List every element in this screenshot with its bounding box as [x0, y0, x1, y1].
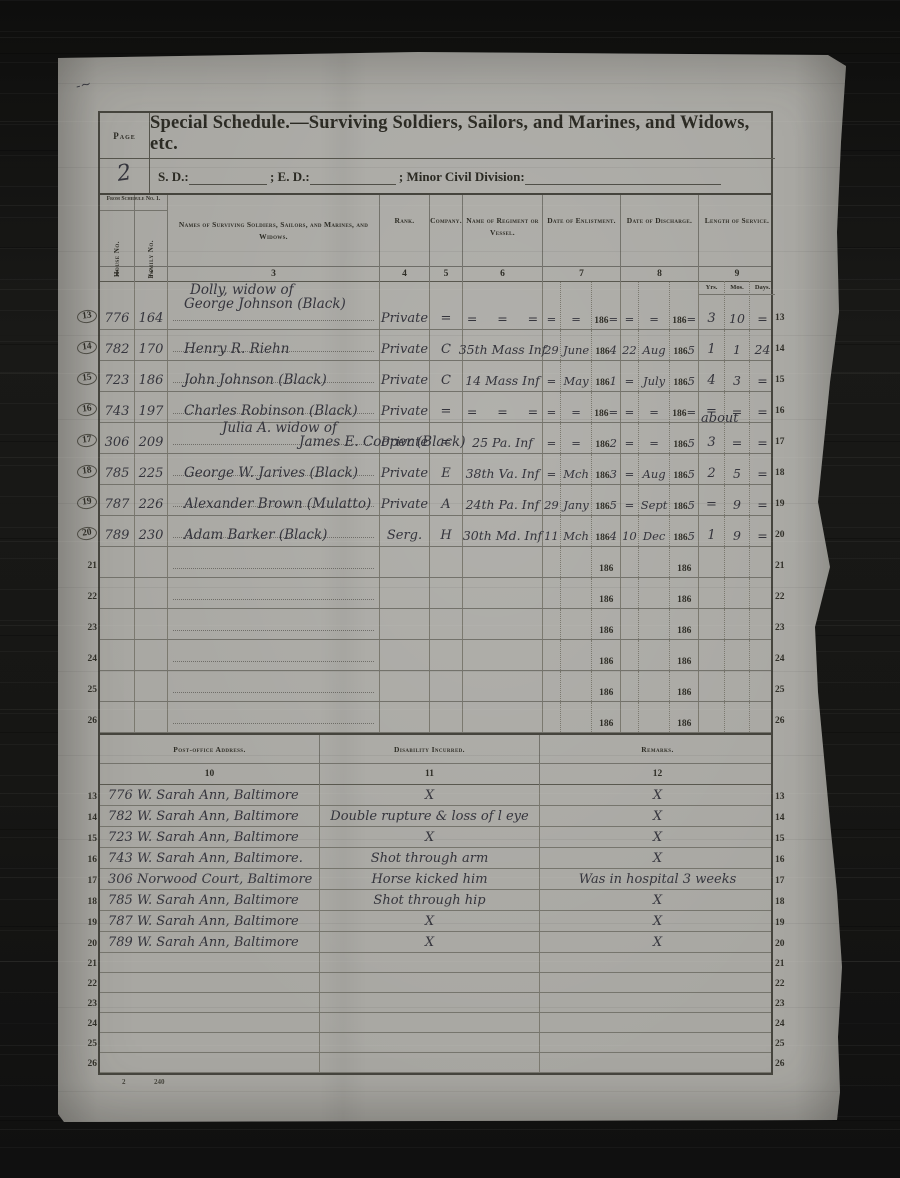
enlist-year: 1865 [592, 485, 620, 515]
enlist-year-digit: = [608, 312, 618, 326]
row-number-right: 17 [775, 876, 795, 886]
discharge-cell: = July 1865 [621, 361, 699, 391]
address-row: 13 13 776 W. Sarah Ann, Baltimore X X [100, 785, 771, 806]
postoffice-address-cell: 723 W. Sarah Ann, Baltimore [100, 827, 320, 847]
title-rule [345, 158, 580, 159]
company: H [440, 528, 451, 543]
family-no: 164 [139, 311, 164, 326]
remarks: X [653, 935, 662, 950]
enlistment-cell: = May 1861 [543, 361, 621, 391]
service-years-cell [699, 609, 725, 639]
discharge-year: 1865 [670, 330, 698, 360]
family-no: 225 [139, 466, 164, 481]
family-no-cell [135, 640, 168, 670]
disability: Shot through hip [373, 893, 485, 908]
year-prefill: 186 [677, 688, 691, 698]
discharge-cell: 186 [621, 578, 699, 608]
enlist-day: = [543, 282, 561, 329]
subheader-mos: Mos. [725, 281, 750, 295]
discharge-year: 1865 [670, 516, 698, 546]
name-cell [168, 578, 380, 608]
remarks: X [653, 830, 662, 845]
lower-empty-rows: 21 21 22 22 23 23 [100, 953, 771, 1073]
discharge-day: 10 [621, 516, 639, 546]
postoffice-address-cell [100, 1033, 320, 1052]
family-no: 197 [139, 404, 164, 419]
rank-cell [380, 640, 430, 670]
enlist-day: = [543, 423, 561, 453]
page-cell: Page 2 [100, 113, 150, 193]
remarks: Was in hospital 3 weeks [579, 872, 737, 887]
row-number-right: 13 [775, 313, 795, 323]
service-days [750, 578, 775, 608]
discharge-day: = [621, 282, 639, 329]
regiment: = = = [467, 404, 538, 419]
row-number-left: 25 [77, 685, 97, 695]
year-prefill: 186 [673, 347, 687, 357]
enlist-month: May [561, 361, 593, 391]
name-cell: George W. Jarives (Black) [168, 454, 380, 484]
empty-veteran-row: 22 22 186 186 [100, 578, 771, 609]
lower-table-rows: 13 13 776 W. Sarah Ann, Baltimore X X 14… [100, 785, 771, 953]
length-of-service-cell [699, 578, 775, 608]
remarks: X [653, 851, 662, 866]
discharge-year-digit: 5 [688, 436, 695, 450]
enlist-year: 186 [592, 609, 620, 639]
empty-veteran-row: 23 23 186 186 [100, 609, 771, 640]
discharge-year: 186 [670, 671, 698, 701]
rank: Private [381, 342, 428, 357]
discharge-year: 186 [670, 640, 698, 670]
company: A [441, 497, 450, 512]
regiment-cell: 25 Pa. Inf [463, 423, 543, 453]
col-number: 12 [540, 764, 775, 785]
sd-label: S. D.: [158, 169, 189, 184]
name-cell [168, 547, 380, 577]
service-days: = [750, 423, 775, 453]
company-cell: C [430, 361, 463, 391]
row-number-left: 21 [77, 561, 97, 571]
lower-table-header: Post-office Address. Disability Incurred… [100, 733, 771, 763]
disability-cell: X [320, 827, 540, 847]
mcd-label: ; Minor Civil Division: [399, 169, 525, 184]
disability-cell: Horse kicked him [320, 869, 540, 889]
company-cell [430, 578, 463, 608]
year-prefill: 186 [599, 719, 613, 729]
enlist-year: 186 [592, 671, 620, 701]
ed-label: ; E. D.: [270, 169, 310, 184]
discharge-year-digit: = [686, 312, 696, 326]
discharge-month: = [639, 392, 671, 422]
postoffice-address-cell: 787 W. Sarah Ann, Baltimore [100, 911, 320, 931]
row-number-left: 14 [77, 813, 97, 823]
service-years-cell: 2 [699, 454, 725, 484]
row-number-right: 25 [775, 1039, 795, 1049]
family-no: 226 [139, 497, 164, 512]
mcd-blank [525, 173, 721, 185]
regiment: 14 Mass Inf [465, 373, 540, 388]
length-of-service-cell: about3 = = [699, 423, 775, 453]
enlist-year-digit: 4 [610, 343, 617, 357]
disability-cell [320, 1033, 540, 1052]
year-prefill: 186 [599, 595, 613, 605]
remarks-cell: X [540, 932, 775, 952]
regiment-cell [463, 640, 543, 670]
row-number-right: 25 [775, 685, 795, 695]
house-no-cell: 787 [100, 485, 135, 515]
veteran-row: 18 18 785 225 George W. Jarives (Black) … [100, 454, 771, 485]
row-number-left: 17 [76, 433, 97, 448]
service-years: 3 [707, 311, 715, 326]
service-months [725, 578, 750, 608]
enlist-day [543, 702, 561, 732]
upper-table-rows: 13 13 776 164 Dolly, widow of George Joh… [100, 282, 771, 547]
company-cell [430, 671, 463, 701]
discharge-cell: = Aug 1865 [621, 454, 699, 484]
service-years-cell: = [699, 485, 725, 515]
service-years-cell: 1 [699, 330, 725, 360]
house-no-cell: 785 [100, 454, 135, 484]
discharge-month: Sept [639, 485, 671, 515]
enlist-year: 186 [592, 702, 620, 732]
family-no: 186 [139, 373, 164, 388]
row-number-right: 24 [775, 654, 795, 664]
year-prefill: 186 [599, 657, 613, 667]
address-row: 14 14 782 W. Sarah Ann, Baltimore Double… [100, 806, 771, 827]
postoffice-address-cell [100, 993, 320, 1012]
row-number-left: 25 [77, 1039, 97, 1049]
col-header-enlistment: Date of Enlistment. [543, 195, 621, 287]
regiment: 38th Va. Inf [466, 466, 540, 481]
enlist-year-digit: 5 [610, 498, 617, 512]
discharge-year: 186 [670, 578, 698, 608]
col-header-discharge: Date of Discharge. [621, 195, 699, 287]
discharge-cell: 186 [621, 609, 699, 639]
remarks-cell: X [540, 848, 775, 868]
row-number-right: 21 [775, 959, 795, 969]
row-number-left: 13 [76, 309, 97, 324]
discharge-day: = [621, 392, 639, 422]
service-months [725, 547, 750, 577]
enlist-year: 186 [592, 640, 620, 670]
lower-column-numbers: 10 11 12 [100, 763, 771, 785]
service-years-cell [699, 547, 725, 577]
enlistment-cell: = = 186= [543, 282, 621, 329]
enlist-year: 186 [592, 578, 620, 608]
service-years: 1 [707, 342, 715, 357]
house-no: 776 [105, 311, 130, 326]
house-no-cell: 306 [100, 423, 135, 453]
family-no-cell: 230 [135, 516, 168, 546]
service-years-cell: 1 [699, 516, 725, 546]
discharge-month: = [639, 282, 671, 329]
title-cell: Special Schedule.—Surviving Soldiers, Sa… [150, 113, 775, 159]
disability-cell: Double rupture & loss of l eye [320, 806, 540, 826]
service-months: 5 [725, 454, 750, 484]
rank-cell: Private [380, 485, 430, 515]
postoffice-address: 785 W. Sarah Ann, Baltimore [108, 893, 299, 908]
enlist-day [543, 640, 561, 670]
house-no-cell [100, 578, 135, 608]
length-of-service-cell [699, 671, 775, 701]
discharge-year: 186= [670, 282, 698, 329]
sd-blank [189, 173, 267, 185]
row-number-right: 22 [775, 979, 795, 989]
col-header-family-label: Family No. [146, 240, 157, 278]
remarks-cell [540, 1033, 775, 1052]
discharge-day: = [621, 423, 639, 453]
veteran-row: 20 20 789 230 Adam Barker (Black) Serg. … [100, 516, 771, 547]
rank: Serg. [387, 528, 422, 543]
regiment: 35th Mass Inf [459, 342, 547, 357]
discharge-year: 186 [670, 609, 698, 639]
discharge-year: 1865 [670, 423, 698, 453]
service-months: 9 [725, 485, 750, 515]
discharge-cell: 186 [621, 547, 699, 577]
disability: Horse kicked him [371, 872, 487, 887]
enlistment-cell: = = 1862 [543, 423, 621, 453]
enlist-day [543, 609, 561, 639]
length-of-service-cell: 1 9 = [699, 516, 775, 546]
row-number-right: 24 [775, 1019, 795, 1029]
rank: Private [381, 466, 428, 481]
house-no-cell [100, 609, 135, 639]
name-cell: Henry R. Riehn [168, 330, 380, 360]
family-no-cell [135, 609, 168, 639]
header-right: Special Schedule.—Surviving Soldiers, Sa… [150, 113, 775, 193]
service-days [750, 640, 775, 670]
house-no: 787 [105, 497, 130, 512]
address-row: 19 19 787 W. Sarah Ann, Baltimore X X [100, 911, 771, 932]
veteran-name: George W. Jarives (Black) [184, 465, 358, 481]
discharge-year: 186= [670, 392, 698, 422]
row-number-left: 19 [76, 495, 97, 510]
rank-cell: Private [380, 330, 430, 360]
service-years: 1 [707, 528, 715, 543]
enlist-day: 29 [543, 485, 561, 515]
remarks-cell [540, 993, 775, 1012]
name-cell [168, 640, 380, 670]
enlist-month: = [561, 392, 593, 422]
discharge-day: = [621, 454, 639, 484]
disability: Shot through arm [371, 851, 489, 866]
row-number-right: 23 [775, 999, 795, 1009]
discharge-day: = [621, 485, 639, 515]
service-days [750, 671, 775, 701]
year-prefill: 186 [677, 719, 691, 729]
row-number-right: 16 [775, 855, 795, 865]
name-cell [168, 609, 380, 639]
postoffice-address-cell [100, 1053, 320, 1072]
enlist-year: 1863 [592, 454, 620, 484]
row-number-right: 17 [775, 437, 795, 447]
family-no-cell [135, 547, 168, 577]
veteran-name: Adam Barker (Black) [184, 527, 327, 543]
rank-cell: Private [380, 282, 430, 329]
family-no-cell: 186 [135, 361, 168, 391]
row-number-right: 14 [775, 813, 795, 823]
service-years-cell [699, 640, 725, 670]
subheader-yrs: Yrs. [699, 281, 725, 295]
service-days: = [750, 454, 775, 484]
disability-cell: X [320, 932, 540, 952]
page-number: 2 [98, 156, 151, 196]
family-no-cell [135, 702, 168, 732]
discharge-year-digit: 5 [688, 343, 695, 357]
footer-mark: 240 [154, 1078, 165, 1086]
regiment-cell: = = = [463, 392, 543, 422]
house-no-cell: 776 [100, 282, 135, 329]
postoffice-address: 787 W. Sarah Ann, Baltimore [108, 914, 299, 929]
company-cell: H [430, 516, 463, 546]
disability-cell: X [320, 911, 540, 931]
house-no-cell: 782 [100, 330, 135, 360]
row-number-left: 23 [77, 623, 97, 633]
address-row: 15 15 723 W. Sarah Ann, Baltimore X X [100, 827, 771, 848]
row-number-left: 16 [76, 402, 97, 417]
address-row: 20 20 789 W. Sarah Ann, Baltimore X X [100, 932, 771, 953]
regiment-cell [463, 609, 543, 639]
enlist-day: = [543, 392, 561, 422]
enlist-month: Jany [561, 485, 593, 515]
discharge-day [621, 671, 639, 701]
col-header-names: Names of Surviving Soldiers, Sailors, an… [168, 195, 380, 287]
postoffice-address-cell [100, 973, 320, 992]
service-months: 3 [725, 361, 750, 391]
empty-veteran-row: 24 24 186 186 [100, 640, 771, 671]
discharge-day [621, 640, 639, 670]
name-cell: John Johnson (Black) [168, 361, 380, 391]
veteran-name: George Johnson (Black) [184, 296, 346, 312]
row-number-left: 20 [76, 526, 97, 541]
disability: Double rupture & loss of l eye [330, 809, 528, 824]
company-cell [430, 640, 463, 670]
discharge-year-digit: 5 [688, 498, 695, 512]
discharge-cell: 10 Dec 1865 [621, 516, 699, 546]
discharge-month: Aug [639, 330, 671, 360]
row-number-left: 26 [77, 1059, 97, 1069]
year-prefill: 186 [677, 595, 691, 605]
company-cell [430, 702, 463, 732]
service-years: 3 [707, 435, 715, 450]
row-number-left: 21 [77, 959, 97, 969]
year-prefill: 186 [595, 440, 609, 450]
length-of-service-cell: 4 3 = [699, 361, 775, 391]
house-no: 782 [105, 342, 130, 357]
company-cell [430, 547, 463, 577]
veteran-row: 13 13 776 164 Dolly, widow of George Joh… [100, 282, 771, 330]
name-cell: Adam Barker (Black) [168, 516, 380, 546]
year-prefill: 186 [677, 564, 691, 574]
name-cell: Alexander Brown (Mulatto) [168, 485, 380, 515]
house-no-cell: 743 [100, 392, 135, 422]
disability-cell [320, 1013, 540, 1032]
length-of-service-cell [699, 640, 775, 670]
service-days: = [750, 392, 775, 422]
enlist-year-digit: 1 [610, 374, 617, 388]
year-prefill: 186 [594, 316, 608, 326]
company-cell [430, 609, 463, 639]
disability-cell: X [320, 785, 540, 805]
family-no-cell: 164 [135, 282, 168, 329]
discharge-year: 1865 [670, 485, 698, 515]
service-years: 4 [707, 373, 715, 388]
form-header: Page 2 Special Schedule.—Surviving Soldi… [100, 113, 771, 195]
regiment-cell [463, 547, 543, 577]
regiment: 24th Pa. Inf [466, 497, 540, 512]
row-number-right: 15 [775, 834, 795, 844]
enlist-month [561, 547, 593, 577]
house-no: 723 [105, 373, 130, 388]
enlistment-cell: 11 Mch 1864 [543, 516, 621, 546]
discharge-year: 1865 [670, 454, 698, 484]
row-number-right: 16 [775, 406, 795, 416]
service-days: = [750, 361, 775, 391]
address-row: 17 17 306 Norwood Court, Baltimore Horse… [100, 869, 771, 890]
subheader-days: Days. [750, 281, 775, 295]
discharge-month: Aug [639, 454, 671, 484]
family-no-cell: 209 [135, 423, 168, 453]
page-label: Page [100, 114, 149, 159]
veteran-row: 17 17 306 209 Julia A. widow of James E.… [100, 423, 771, 454]
remarks: X [653, 914, 662, 929]
enlist-day: = [543, 454, 561, 484]
rank-cell: Private [380, 454, 430, 484]
veteran-name: Charles Robinson (Black) [184, 403, 358, 419]
row-number-right: 20 [775, 939, 795, 949]
year-prefill: 186 [599, 688, 613, 698]
col-header-regiment: Name of Regiment or Vessel. [463, 195, 543, 287]
company: C [441, 373, 451, 388]
year-prefill: 186 [672, 409, 686, 419]
enlist-year: 186= [592, 282, 620, 329]
year-prefill: 186 [599, 626, 613, 636]
family-no: 230 [139, 528, 164, 543]
enlist-month [561, 671, 593, 701]
disability-cell: Shot through hip [320, 890, 540, 910]
row-number-right: 14 [775, 344, 795, 354]
discharge-year-digit: 5 [688, 467, 695, 481]
remarks-cell: X [540, 890, 775, 910]
year-prefill: 186 [677, 657, 691, 667]
veteran-name: James E. Cooper (Black) [299, 434, 465, 450]
year-prefill: 186 [594, 409, 608, 419]
enlistment-cell: = Mch 1863 [543, 454, 621, 484]
postoffice-address-cell: 776 W. Sarah Ann, Baltimore [100, 785, 320, 805]
postoffice-address-cell: 789 W. Sarah Ann, Baltimore [100, 932, 320, 952]
discharge-month [639, 609, 671, 639]
length-of-service-cell [699, 547, 775, 577]
rank-cell [380, 702, 430, 732]
district-line: S. D.: ; E. D.: ; Minor Civil Division: [150, 159, 775, 193]
remarks-cell: Was in hospital 3 weeks [540, 869, 775, 889]
veteran-row: 14 14 782 170 Henry R. Riehn Private C 3… [100, 330, 771, 361]
service-years-cell [699, 671, 725, 701]
remarks-cell [540, 1013, 775, 1032]
veteran-name: Alexander Brown (Mulatto) [184, 496, 371, 512]
regiment-cell: 30th Md. Inf [463, 516, 543, 546]
service-days [750, 547, 775, 577]
discharge-month [639, 578, 671, 608]
upper-empty-rows: 21 21 186 186 [100, 547, 771, 733]
discharge-cell: = = 186= [621, 282, 699, 329]
empty-address-row: 26 26 [100, 1053, 771, 1073]
year-prefill: 186 [673, 440, 687, 450]
discharge-month [639, 671, 671, 701]
row-number-right: 18 [775, 897, 795, 907]
remarks-cell [540, 953, 775, 972]
enlist-day [543, 578, 561, 608]
